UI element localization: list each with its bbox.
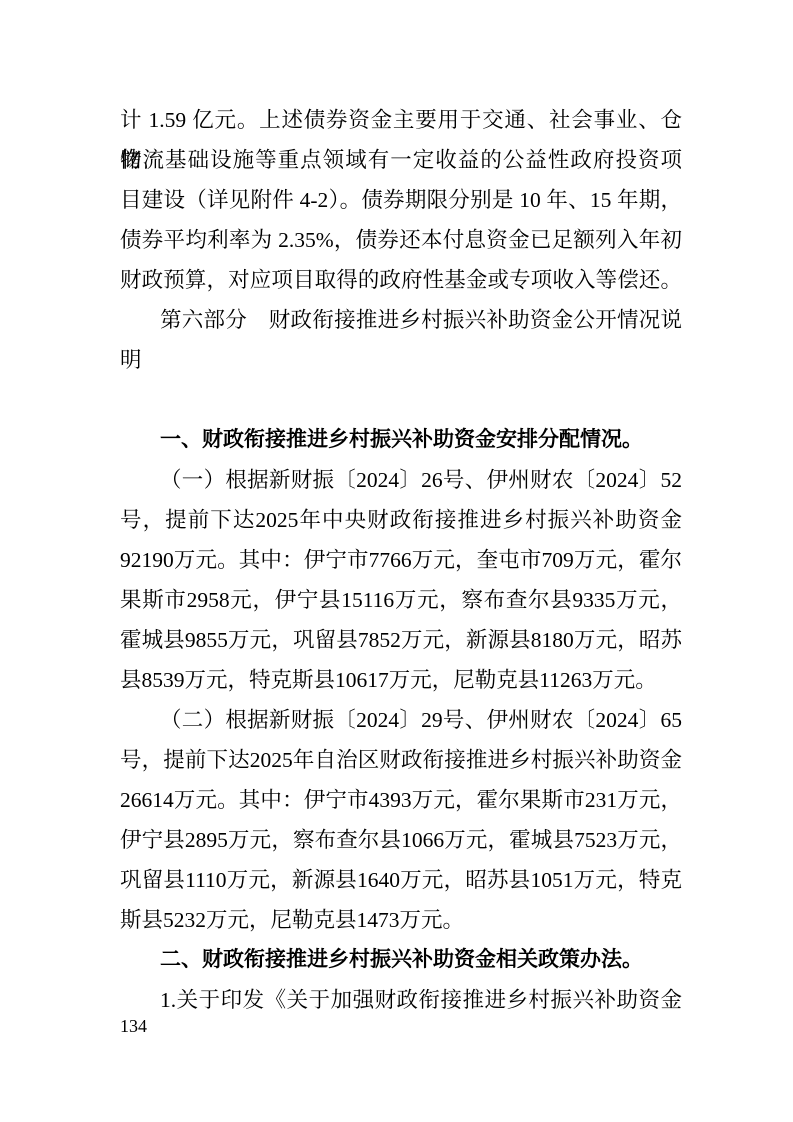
paragraph-line: 号，提前下达2025年中央财政衔接推进乡村振兴补助资金 [120,500,682,540]
paragraph-line: 伊宁县2895万元，察布查尔县1066万元，霍城县7523万元， [120,820,682,860]
document-body: 计 1.59 亿元。上述债券资金主要用于交通、社会事业、仓储 物流基础设施等重点… [120,100,682,1020]
body-text-line: 目建设（详见附件 4-2）。债券期限分别是 10 年、15 年期， [120,180,682,220]
paragraph-line: 果斯市2958元，伊宁县15116万元，察布查尔县9335万元， [120,580,682,620]
body-text-line: 物流基础设施等重点领域有一定收益的公益性政府投资项 [120,140,682,180]
paragraph-line: （二）根据新财振〔2024〕29号、伊州财农〔2024〕65 [120,700,682,740]
body-text-line: 债券平均利率为 2.35%，债券还本付息资金已足额列入年初 [120,220,682,260]
body-text-line: 财政预算，对应项目取得的政府性基金或专项收入等偿还。 [120,260,682,300]
paragraph-line: 92190万元。其中：伊宁市7766万元，奎屯市709万元，霍尔 [120,540,682,580]
paragraph-line: 霍城县9855万元，巩留县7852万元，新源县8180万元，昭苏 [120,620,682,660]
document-page: 计 1.59 亿元。上述债券资金主要用于交通、社会事业、仓储 物流基础设施等重点… [0,0,793,1122]
section-heading-2: 二、财政衔接推进乡村振兴补助资金相关政策办法。 [120,940,682,980]
paragraph-line: 26614万元。其中：伊宁市4393万元，霍尔果斯市231万元， [120,780,682,820]
paragraph-line: 县8539万元，特克斯县10617万元，尼勒克县11263万元。 [120,660,682,700]
paragraph-line: （一）根据新财振〔2024〕26号、伊州财农〔2024〕52 [120,460,682,500]
body-text-line: 计 1.59 亿元。上述债券资金主要用于交通、社会事业、仓储 [120,100,682,140]
part-heading-line-1: 第六部分 财政衔接推进乡村振兴补助资金公开情况说 [120,300,682,340]
section-heading-1: 一、财政衔接推进乡村振兴补助资金安排分配情况。 [120,420,682,460]
blank-line [120,380,682,420]
paragraph-line: 巩留县1110万元，新源县1640万元，昭苏县1051万元，特克 [120,860,682,900]
paragraph-line: 斯县5232万元，尼勒克县1473万元。 [120,900,682,940]
paragraph-line: 号，提前下达2025年自治区财政衔接推进乡村振兴补助资金 [120,740,682,780]
part-heading-line-2: 明 [120,340,682,380]
paragraph-line: 1.关于印发《关于加强财政衔接推进乡村振兴补助资金 [120,980,682,1020]
page-number: 134 [120,1012,147,1040]
